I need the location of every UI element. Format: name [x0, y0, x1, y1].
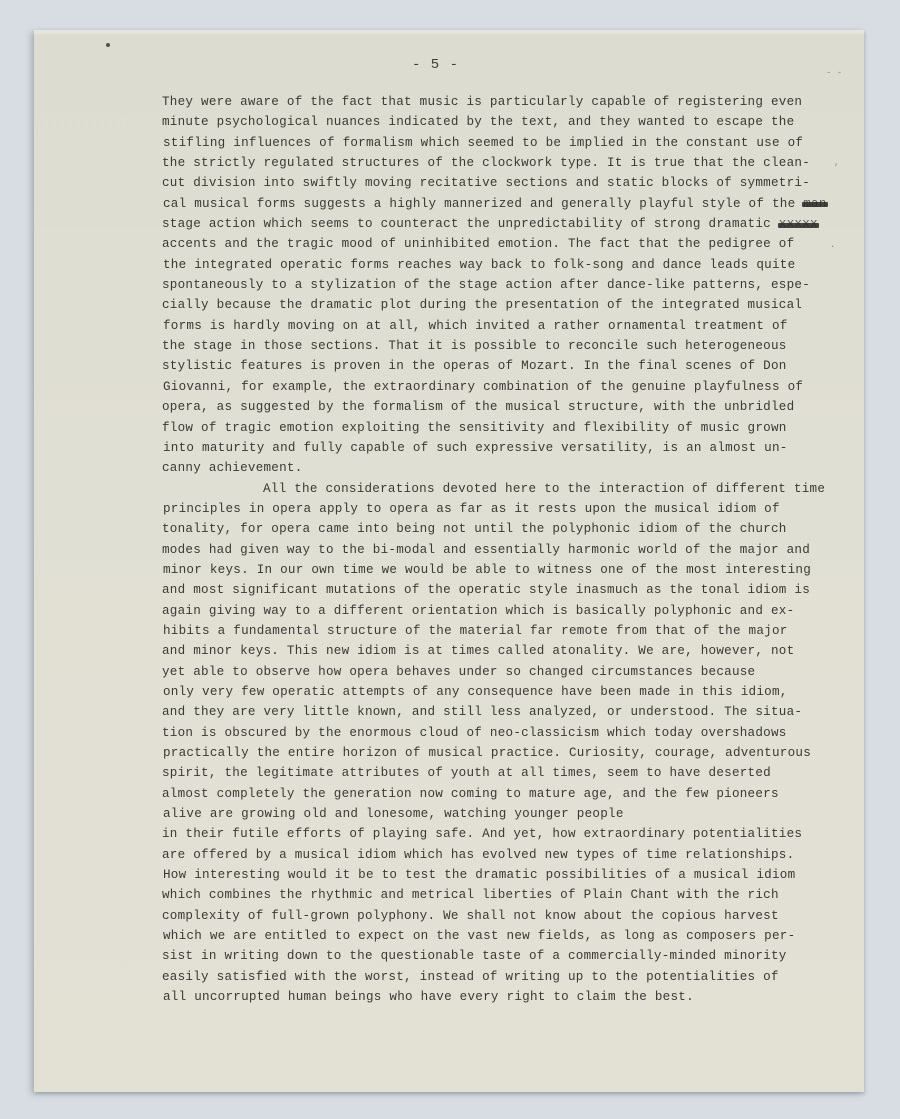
text-segment: yet able to observe how opera behaves un…: [162, 665, 755, 679]
text-segment: alive are growing old and lonesome, watc…: [163, 807, 624, 821]
text-line: They were aware of the fact that music i…: [162, 92, 852, 112]
text-line: spirit, the legitimate attributes of you…: [162, 763, 852, 783]
text-line: and most significant mutations of the op…: [162, 580, 852, 600]
text-line: accents and the tragic mood of uninhibit…: [162, 234, 852, 254]
text-line-with-strike: stage action which seems to counteract t…: [162, 214, 852, 234]
struck-word: man: [803, 194, 826, 214]
text-line: forms is hardly moving on at all, which …: [163, 316, 853, 336]
text-line: all uncorrupted human beings who have ev…: [163, 987, 853, 1007]
text-line: and minor keys. This new idiom is at tim…: [162, 641, 852, 661]
text-line: minute psychological nuances indicated b…: [162, 112, 852, 132]
text-segment: stage action which seems to counteract t…: [162, 217, 771, 231]
text-line: into maturity and fully capable of such …: [163, 438, 853, 458]
text-line: which combines the rhythmic and metrical…: [162, 885, 852, 905]
text-line: flow of tragic emotion exploiting the se…: [162, 418, 852, 438]
typewritten-page: - 5 - They were aware of the fact that m…: [34, 30, 864, 1092]
text-line: sist in writing down to the questionable…: [162, 946, 852, 966]
text-line: principles in opera apply to opera as fa…: [163, 499, 853, 519]
text-segment: cal musical forms suggests a highly mann…: [163, 197, 795, 211]
margin-mark: - -: [826, 68, 842, 78]
text-line: the integrated operatic forms reaches wa…: [163, 255, 853, 275]
text-line: the stage in those sections. That it is …: [162, 336, 852, 356]
text-line: are offered by a musical idiom which has…: [162, 845, 852, 865]
text-line: the strictly regulated structures of the…: [162, 153, 852, 173]
text-line: cially because the dramatic plot during …: [162, 295, 852, 315]
text-line: stylistic features is proven in the oper…: [162, 356, 852, 376]
text-line: almost completely the generation now com…: [162, 784, 852, 804]
text-line: cut division into swiftly moving recitat…: [162, 173, 852, 193]
margin-mark: ,: [834, 158, 839, 168]
page-number: - 5 -: [412, 57, 459, 73]
text-line: which we are entitled to expect on the v…: [163, 926, 853, 946]
text-line: in their futile efforts of playing safe.…: [162, 824, 852, 844]
text-line: hibits a fundamental structure of the ma…: [163, 621, 853, 641]
text-line: minor keys. In our own time we would be …: [163, 560, 853, 580]
document-body: They were aware of the fact that music i…: [162, 92, 852, 1007]
ink-speck: [106, 43, 110, 47]
text-line: tion is obscured by the enormous cloud o…: [162, 723, 852, 743]
text-line: easily satisfied with the worst, instead…: [162, 967, 852, 987]
text-line: All the considerations devoted here to t…: [162, 479, 852, 499]
text-line: again giving way to a different orientat…: [162, 601, 852, 621]
text-line: complexity of full-grown polyphony. We s…: [162, 906, 852, 926]
struck-word: xxxxx: [779, 214, 818, 234]
text-line: opera, as suggested by the formalism of …: [162, 397, 852, 417]
text-line: stifling influences of formalism which s…: [163, 133, 853, 153]
text-line: Giovanni, for example, the extraordinary…: [163, 377, 853, 397]
text-line-with-strike: alive are growing old and lonesome, watc…: [163, 804, 853, 824]
text-line: canny achievement.: [162, 458, 852, 478]
text-line: How interesting would it be to test the …: [163, 865, 853, 885]
text-line-with-edit: yet able to observe how opera behaves un…: [162, 662, 852, 682]
text-line: practically the entire horizon of musica…: [163, 743, 853, 763]
text-line: spontaneously to a stylization of the st…: [162, 275, 852, 295]
text-line-with-strike: cal musical forms suggests a highly mann…: [163, 194, 853, 214]
text-line: and they are very little known, and stil…: [162, 702, 852, 722]
text-line: modes had given way to the bi-modal and …: [162, 540, 852, 560]
margin-mark: .: [830, 240, 835, 250]
text-line: tonality, for opera came into being not …: [162, 519, 852, 539]
text-line: only very few operatic attempts of any c…: [163, 682, 853, 702]
